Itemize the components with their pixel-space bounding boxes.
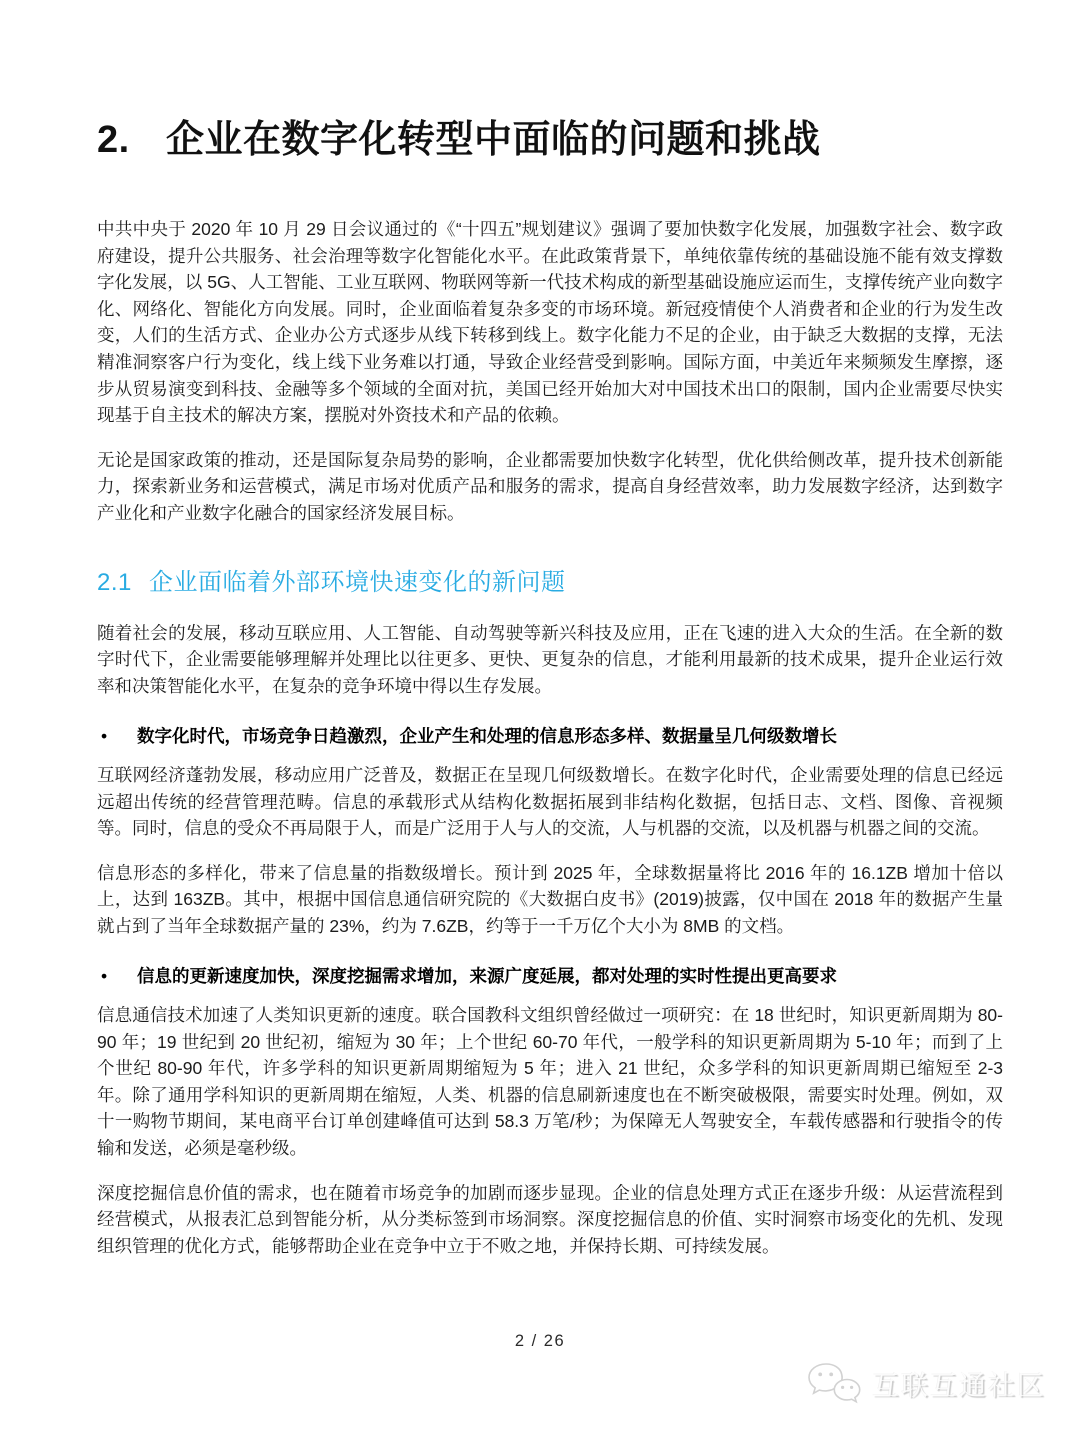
bullet-item-1: • 数字化时代，市场竞争日趋激烈，企业产生和处理的信息形态多样、数据量呈几何级数…: [97, 723, 1003, 750]
chapter-title-text: 企业在数字化转型中面临的问题和挑战: [166, 116, 821, 164]
bullet-item-2: • 信息的更新速度加快，深度挖掘需求增加，来源广度延展，都对处理的实时性提出更高…: [97, 963, 1003, 990]
bullet-icon: •: [97, 963, 137, 990]
page-number-indicator: 2 / 26: [0, 1332, 1080, 1351]
paragraph-intro-2: 无论是国家政策的推动，还是国际复杂局势的影响，企业都需要加快数字化转型，优化供给…: [97, 447, 1003, 527]
document-page-content: 2. 企业在数字化转型中面临的问题和挑战 中共中央于 2020 年 10 月 2…: [97, 0, 1003, 1277]
section-heading: 2.1 企业面临着外部环境快速变化的新问题: [97, 567, 1003, 599]
section-number: 2.1: [97, 567, 149, 599]
bullet-text-2: 信息的更新速度加快，深度挖掘需求增加，来源广度延展，都对处理的实时性提出更高要求: [137, 963, 837, 990]
chapter-heading: 2. 企业在数字化转型中面临的问题和挑战: [97, 116, 1003, 164]
chapter-number: 2.: [97, 116, 166, 164]
wechat-chat-bubbles-icon: [806, 1361, 862, 1405]
paragraph-section-3: 信息形态的多样化，带来了信息量的指数级增长。预计到 2025 年，全球数据量将比…: [97, 860, 1003, 940]
paragraph-section-1: 随着社会的发展，移动互联应用、人工智能、自动驾驶等新兴科技及应用，正在飞速的进入…: [97, 620, 1003, 700]
paragraph-intro-1: 中共中央于 2020 年 10 月 29 日会议通过的《“十四五”规划建议》强调…: [97, 216, 1003, 429]
paragraph-section-5: 深度挖掘信息价值的需求，也在随着市场竞争的加剧而逐步显现。企业的信息处理方式正在…: [97, 1180, 1003, 1260]
community-watermark: 互联互通社区: [806, 1361, 1046, 1405]
watermark-text: 互联互通社区: [872, 1364, 1046, 1403]
bullet-text-1: 数字化时代，市场竞争日趋激烈，企业产生和处理的信息形态多样、数据量呈几何级数增长: [137, 723, 837, 750]
paragraph-section-2: 互联网经济蓬勃发展，移动应用广泛普及，数据正在呈现几何级数增长。在数字化时代，企…: [97, 762, 1003, 842]
bullet-icon: •: [97, 723, 137, 750]
section-title-text: 企业面临着外部环境快速变化的新问题: [149, 567, 566, 599]
paragraph-section-4: 信息通信技术加速了人类知识更新的速度。联合国教科文组织曾经做过一项研究：在 18…: [97, 1002, 1003, 1162]
